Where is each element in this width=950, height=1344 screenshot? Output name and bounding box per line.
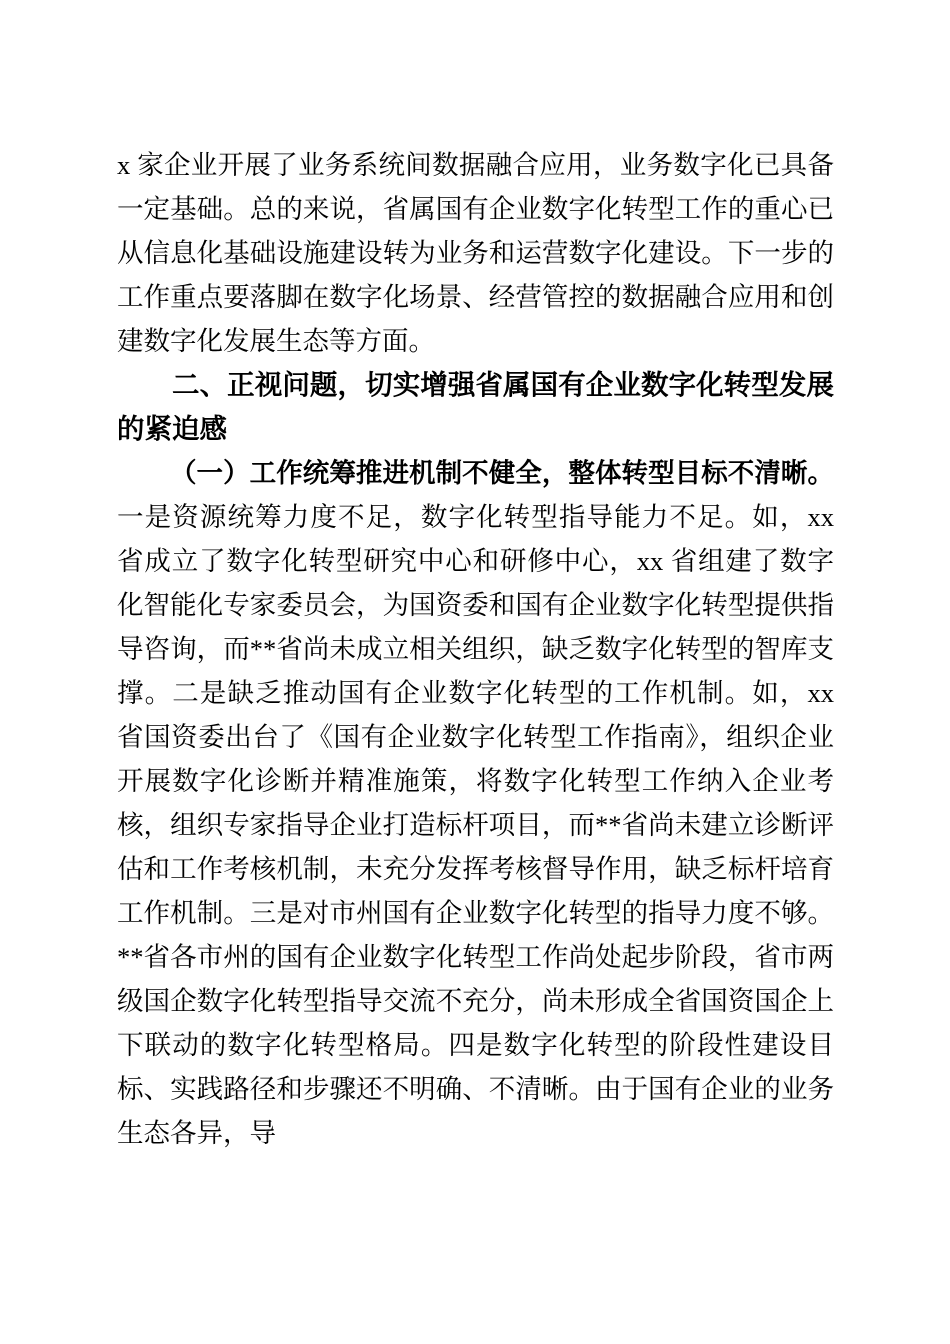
subsection-lead-sentence: （一）工作统筹推进机制不健全，整体转型目标不清晰。 xyxy=(170,458,834,488)
document-content: x 家企业开展了业务系统间数据融合应用，业务数字化已具备一定基础。总的来说，省属… xyxy=(117,143,834,1155)
overview-paragraph: x 家企业开展了业务系统间数据融合应用，业务数字化已具备一定基础。总的来说，省属… xyxy=(117,143,834,363)
subsection-body-text: 一是资源统筹力度不足，数字化转型指导能力不足。如，xx 省成立了数字化转型研究中… xyxy=(117,502,834,1148)
subsection-paragraph: （一）工作统筹推进机制不健全，整体转型目标不清晰。一是资源统筹力度不足，数字化转… xyxy=(117,451,834,1155)
section-heading: 二、正视问题，切实增强省属国有企业数字化转型发展的紧迫感 xyxy=(117,363,834,451)
document-page: x 家企业开展了业务系统间数据融合应用，业务数字化已具备一定基础。总的来说，省属… xyxy=(0,0,950,1344)
